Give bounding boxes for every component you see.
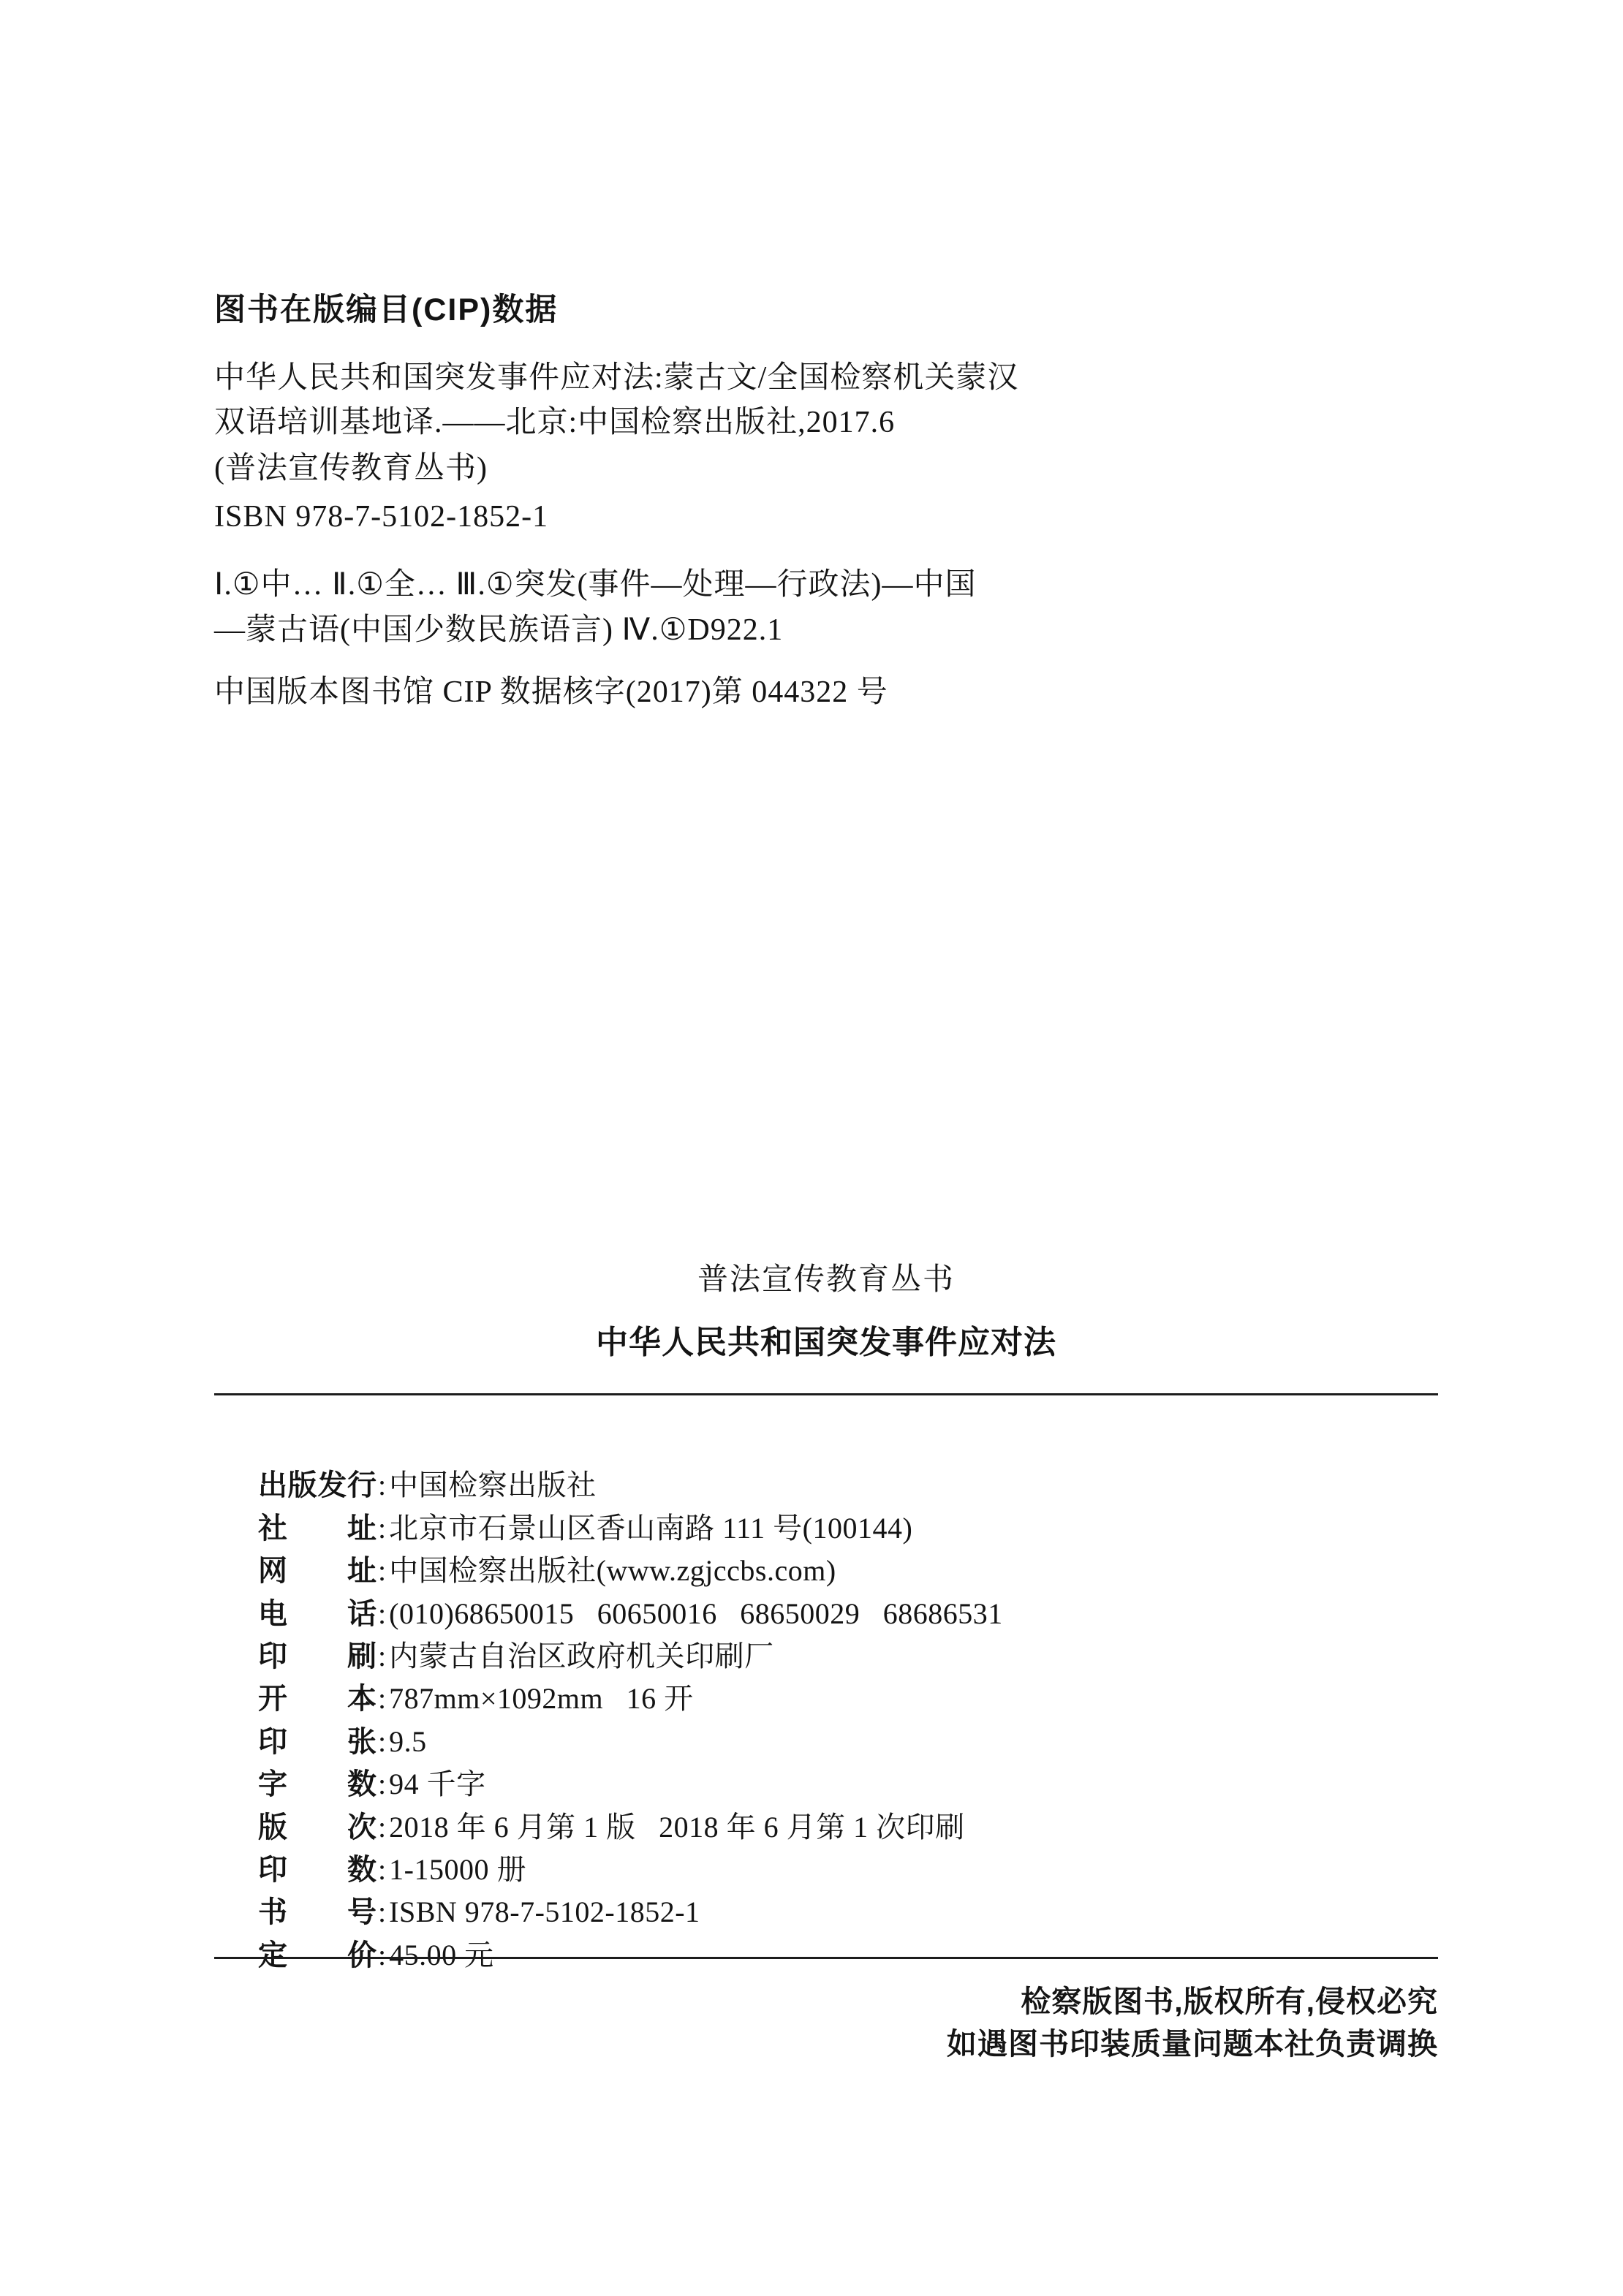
book-title: 中华人民共和国突发事件应对法	[214, 1327, 1438, 1359]
cip-series-line: (普法宣传教育丛书)	[214, 453, 488, 484]
row-label: 定价	[258, 1934, 377, 1977]
row-colon: :	[378, 1934, 386, 1977]
colophon-row-printrun: 印数:1-15000 册	[214, 1806, 1438, 1849]
cip-heading: 图书在版编目(CIP)数据	[214, 295, 558, 326]
cip-description-line: 中华人民共和国突发事件应对法:蒙古文/全国检察机关蒙汉	[214, 363, 1018, 393]
cip-classification-line: —蒙古语(中国少数民族语言) Ⅳ.①D922.1	[214, 615, 783, 645]
colophon-row-format: 开本:787mm×1092mm 16 开	[214, 1635, 1438, 1678]
copyright-notice: 检察版图书,版权所有,侵权必究	[1021, 1987, 1438, 2017]
colophon-row-wordcount: 字数:94 千字	[214, 1721, 1438, 1763]
quality-exchange-notice: 如遇图书印装质量问题本社负责调换	[947, 2029, 1438, 2059]
series-title: 普法宣传教育丛书	[214, 1265, 1438, 1295]
divider-line-bottom	[214, 1957, 1438, 1959]
colophon-row-address: 社址:北京市石景山区香山南路 111 号(100144)	[214, 1464, 1438, 1507]
colophon-table: 出版发行:中国检察出版社 社址:北京市石景山区香山南路 111 号(100144…	[214, 1422, 1438, 1934]
row-value: 45.00 元	[389, 1934, 494, 1977]
colophon-row-publisher: 出版发行:中国检察出版社	[214, 1422, 1438, 1464]
copyright-page: 图书在版编目(CIP)数据 中华人民共和国突发事件应对法:蒙古文/全国检察机关蒙…	[0, 0, 1623, 2296]
cip-description-line: 双语培训基地译.——北京:中国检察出版社,2017.6	[214, 407, 895, 438]
colophon-row-website: 网址:中国检察出版社(www.zgjccbs.com)	[214, 1507, 1438, 1550]
cip-classification-line: Ⅰ.①中… Ⅱ.①全… Ⅲ.①突发(事件—处理—行政法)—中国	[214, 569, 976, 600]
colophon-row-sheets: 印张:9.5	[214, 1678, 1438, 1720]
colophon-row-edition: 版次:2018 年 6 月第 1 版 2018 年 6 月第 1 次印刷	[214, 1763, 1438, 1806]
colophon-row-isbn: 书号:ISBN 978-7-5102-1852-1	[214, 1849, 1438, 1891]
cip-isbn-line: ISBN 978-7-5102-1852-1	[214, 501, 548, 532]
divider-line-top	[214, 1393, 1438, 1395]
colophon-row-price: 定价:45.00 元	[214, 1891, 1438, 1933]
colophon-row-printer: 印刷:内蒙古自治区政府机关印刷厂	[214, 1593, 1438, 1635]
cip-record-number-line: 中国版本图书馆 CIP 数据核字(2017)第 044322 号	[214, 677, 888, 708]
colophon-row-phone: 电话:(010)68650015 60650016 68650029 68686…	[214, 1550, 1438, 1592]
